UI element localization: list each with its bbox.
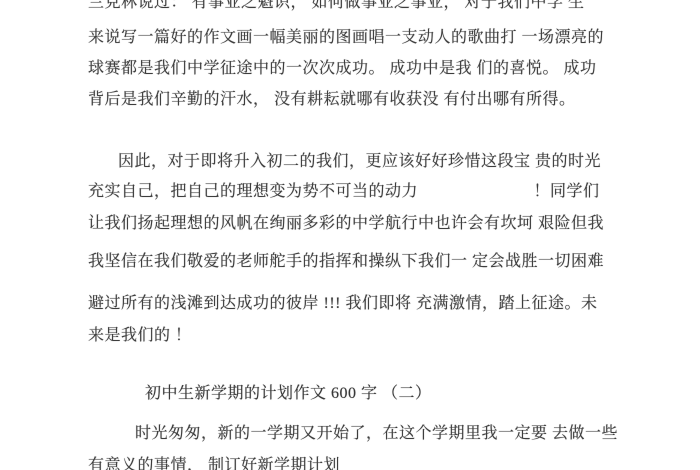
text-line: 兰克林说过： 有事业之魁识， 如何做事业之事业， 对于我们中学 生 — [88, 0, 585, 13]
text-line: 我坚信在我们敬爱的老师舵手的指挥和操纵下我们一 定会战胜一切困难 — [88, 252, 604, 272]
text-line: 背后是我们辛勤的汗水， 没有耕耘就哪有收获没 有付出哪有所得。 — [88, 90, 576, 110]
text-line: 因此，对于即将升入初二的我们，更应该好好珍惜这段宝 贵的时光 — [118, 152, 601, 172]
text-line: 时光匆匆，新的一学期又开始了，在这个学期里我一定要 去做一些 — [135, 424, 618, 444]
section-heading: 初中生新学期的计划作文 600 字 （二） — [145, 384, 432, 404]
text-line: 球赛都是我们中学征途中的一次次成功。 成功中是我 们的喜悦。 成功 — [88, 59, 597, 79]
text-line: 充实自己，把自己的理想变为势不可当的动力 ！同学们 — [88, 182, 600, 202]
text-line: 来说写一篇好的作文画一幅美丽的图画唱一支动人的歌曲打 一场漂亮的 — [88, 28, 604, 48]
text-line: 来是我们的 ！ — [88, 326, 192, 346]
text-line: 让我们扬起理想的风帆在绚丽多彩的中学航行中也许会有坎坷 艰险但我 — [88, 214, 604, 234]
document-page: 兰克林说过： 有事业之魁识， 如何做事业之事业， 对于我们中学 生 来说写一篇好… — [0, 0, 700, 470]
text-line: 有意义的事情， 制订好新学期计划 — [88, 456, 340, 470]
text-line: 避过所有的浅滩到达成功的彼岸 !!! 我们即将 充满激情，踏上征途。未 — [88, 294, 598, 314]
